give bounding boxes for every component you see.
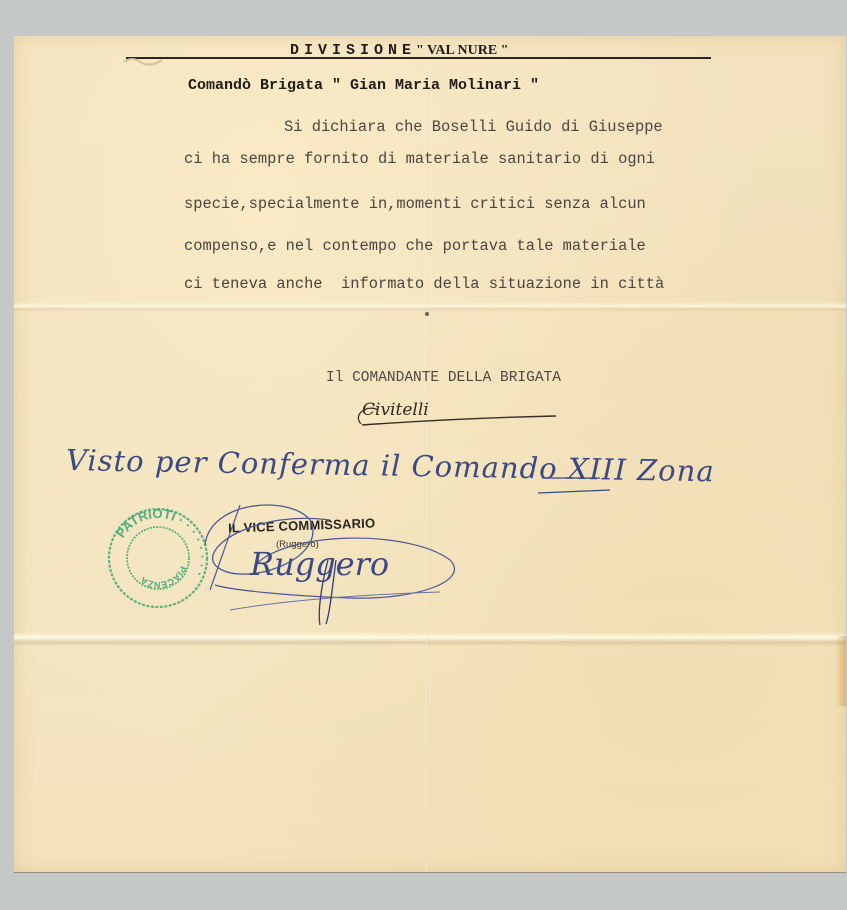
fold-crease — [14, 632, 846, 646]
body-line: compenso,e nel contempo che portava tale… — [184, 237, 646, 255]
vice-commissioner-signature: Ruggero — [250, 545, 389, 583]
division-heading: DIVISIONE" VAL NURE " — [290, 42, 508, 59]
commander-title: Il COMANDANTE DELLA BRIGATA — [326, 370, 561, 386]
commander-signature: Civitelli — [362, 400, 429, 420]
brigade-heading: Comandò Brigata " Gian Maria Molinari " — [188, 77, 539, 94]
stamp-icon: PATRIOTI · · · · · · · · PIACENZA — [106, 506, 210, 610]
paper-stain — [836, 636, 846, 706]
body-line: ci ha sempre fornito di materiale sanita… — [184, 150, 655, 168]
round-stamp: PATRIOTI · · · · · · · · PIACENZA — [106, 506, 210, 610]
division-label: DIVISIONE — [290, 42, 416, 59]
svg-text:PATRIOTI · · · · · · · ·: PATRIOTI · · · · · · · · — [113, 506, 210, 579]
division-name: " VAL NURE " — [416, 43, 508, 58]
fold-crease — [14, 302, 846, 312]
body-line: Si dichiara che Boselli Guido di Giusepp… — [284, 118, 663, 136]
body-line: specie,specialmente in,momenti critici s… — [184, 195, 646, 213]
body-line: ci teneva anche informato della situazio… — [184, 275, 664, 293]
